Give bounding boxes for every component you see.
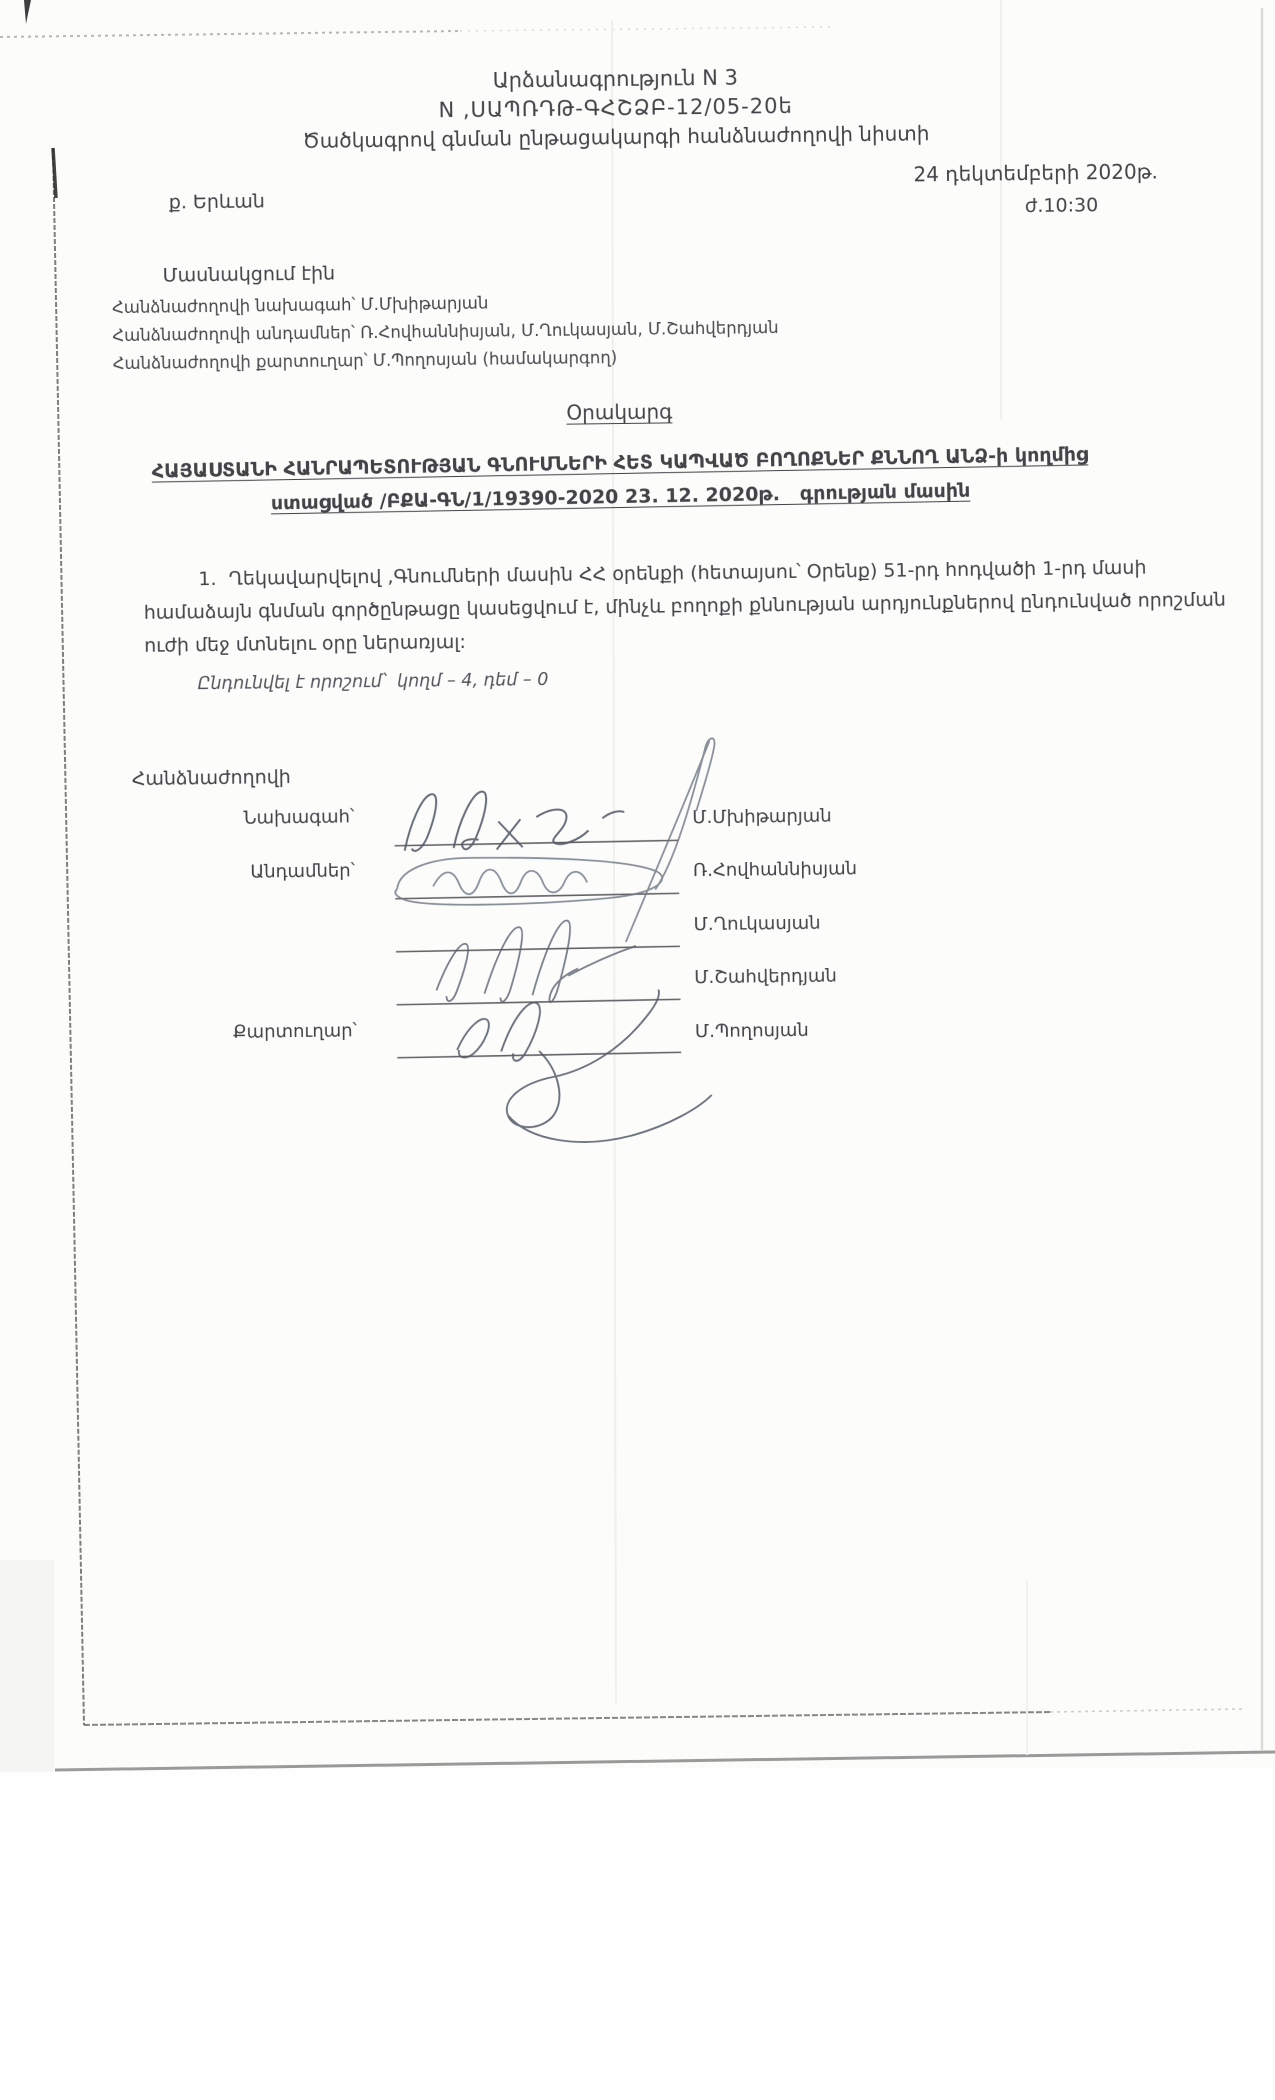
body-line-3: ուժի մեջ մտնելու օրը ներառյալ: — [144, 631, 466, 659]
signature-shahverdyan — [436, 920, 637, 1004]
label-secretary: Քարտուղար՝ — [157, 1020, 357, 1045]
label-members: Անդամներ՝ — [155, 860, 355, 885]
city-label: ք. Երևան — [169, 190, 265, 215]
document-content: Արձանագրություն N 3 N ,ՍԱՊՌԴԹ-ԳՀՇՁԲ-12/0… — [0, 0, 1275, 2100]
agenda-heading: Օրակարգ — [1, 392, 1237, 432]
name-hovhannisyan: Ռ.Հովհաննիսյան — [693, 858, 857, 883]
signature-line-5 — [397, 1052, 681, 1057]
signature-line-1 — [395, 840, 679, 845]
signature-line-2 — [395, 893, 679, 898]
signature-hovhannisyan — [394, 738, 717, 944]
label-chairman: Նախագահ՝ — [154, 806, 354, 831]
participant-members: Հանձնաժողովի անդամներ՝ Ռ.Հովհաննիսյան, Մ… — [112, 318, 778, 347]
participant-chairman: Հանձնաժողովի նախագահ՝ Մ.Մխիթարյան — [112, 294, 489, 319]
scanned-document-page: { "page": { "paper_color": "#fcfcfb", "i… — [0, 0, 1275, 2100]
participant-secretary: Հանձնաժողովի քարտուղար՝ Մ.Պողոսյան (համա… — [113, 348, 618, 375]
decision-line: Ընդունվել է որոշում՝ կողմ – 4, դեմ – 0 — [198, 670, 549, 696]
signature-mkhitaryan — [404, 790, 625, 851]
time-label: ժ.10:30 — [1025, 194, 1099, 219]
signature-line-3 — [396, 946, 680, 951]
body-line-2: համաձայն գնման գործընթացը կասեցվում է, մ… — [144, 589, 1226, 626]
date-label: 24 դեկտեմբերի 2020թ. — [913, 159, 1158, 187]
name-poghosyan: Մ.Պողոսյան — [695, 1020, 809, 1044]
signature-poghosyan — [456, 989, 712, 1144]
name-shahverdyan: Մ.Շահվերդյան — [694, 965, 837, 989]
name-ghukasyan: Մ.Ղուկասյան — [694, 913, 821, 937]
body-line-1: 1. Ղեկավարվելով ,Գնումների մասին ՀՀ օրեն… — [198, 557, 1146, 592]
participants-heading: Մասնակցում էին — [163, 262, 336, 288]
name-mkhitaryan: Մ.Մխիթարյան — [692, 805, 832, 829]
signatures-heading: Հանձնաժողովի — [132, 766, 291, 792]
signature-line-4 — [397, 999, 681, 1004]
